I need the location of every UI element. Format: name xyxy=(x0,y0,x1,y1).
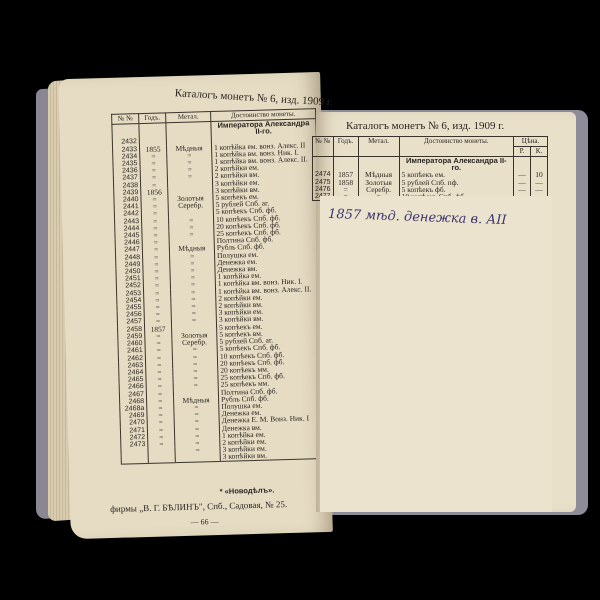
open-book: Каталогъ монетъ № 6, изд. 1909 г. № № Го… xyxy=(0,0,600,600)
inserted-blank-leaf: 1857 мѣд. денежка в. АII xyxy=(320,196,552,512)
right-catalog-table: № № Годъ. Метал. Достоинство монеты. Цѣн… xyxy=(312,136,548,201)
row-number: 2476 xyxy=(313,186,334,193)
row-number: 2461 xyxy=(118,347,145,355)
col-number: № № xyxy=(313,137,334,157)
right-page: Каталогъ монетъ № 6, изд. 1909 г. № № Го… xyxy=(316,112,576,512)
row-denomination: 3 копѣйки вм. xyxy=(220,450,325,461)
col-year: Годъ. xyxy=(333,137,358,157)
col-price: Цѣна. xyxy=(514,137,548,147)
left-footer: фирмы „В. Г. БѢЛИНЪ", Спб., Садовая, № 2… xyxy=(110,499,287,514)
col-price-kop: К. xyxy=(531,147,548,157)
right-section-heading: Императора Александра II-го. xyxy=(399,157,513,172)
col-metal: Метал. xyxy=(358,137,399,157)
left-catalog-table: № № Годъ. Метал. Достоинство монеты. Имп… xyxy=(111,108,326,464)
row-number: 2474 xyxy=(313,171,334,178)
row-number xyxy=(121,455,148,463)
page-number: — 66 — xyxy=(190,517,218,527)
left-note: * «Новодѣлъ». xyxy=(220,485,275,496)
left-running-title: Каталогъ монетъ № 6, изд. 1909 г. xyxy=(174,87,333,108)
col-price-rub: Р. xyxy=(514,147,531,157)
row-number: 2475 xyxy=(313,179,334,186)
row-metal xyxy=(175,453,220,462)
row-number: 2473 xyxy=(121,441,148,449)
row-year xyxy=(148,455,175,463)
col-denomination: Достоинство монеты. xyxy=(399,137,513,157)
handwritten-note: 1857 мѣд. денежка в. АII xyxy=(328,207,507,228)
left-page: Каталогъ монетъ № 6, изд. 1909 г. № № Го… xyxy=(58,72,333,539)
right-running-title: Каталогъ монетъ № 6, изд. 1909 г. xyxy=(346,120,504,132)
